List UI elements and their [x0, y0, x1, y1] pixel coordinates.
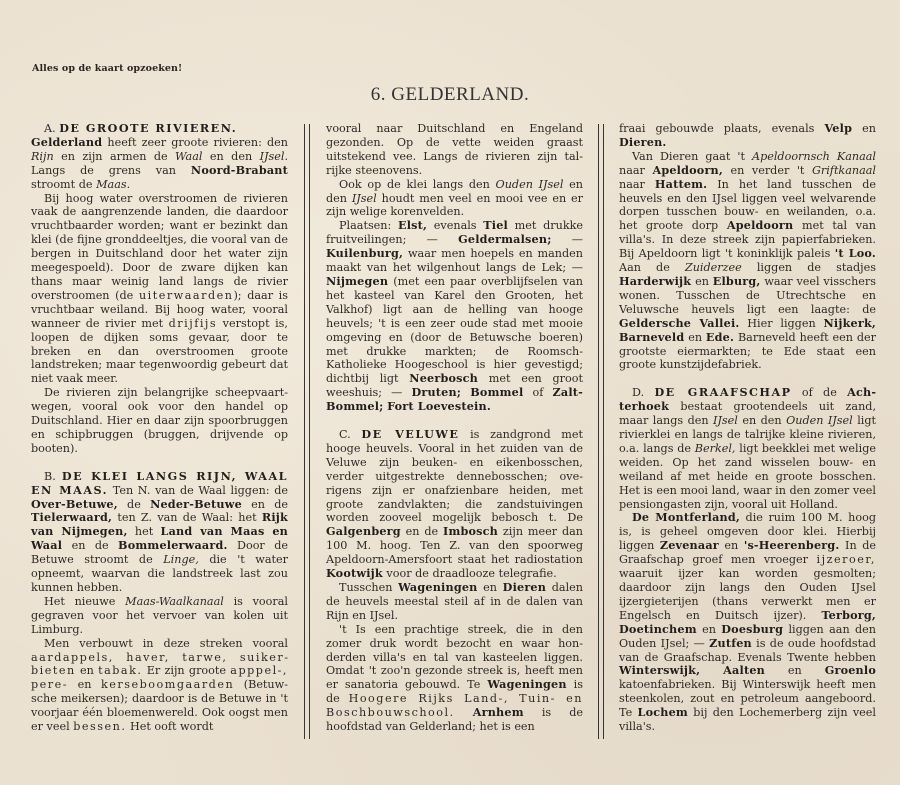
place-name: Tielerwaard,	[31, 510, 112, 524]
place-name: 't Loo.	[835, 246, 876, 260]
text-run: stroomt de	[31, 178, 96, 191]
italic-term: IJsel	[352, 192, 377, 205]
spaced-term: bessen.	[73, 720, 126, 733]
place-name: Apeldoorn,	[652, 163, 723, 177]
place-name: Imbosch	[443, 524, 498, 538]
place-name: Galgenberg	[326, 524, 401, 538]
place-name: Fort Loevestein.	[387, 399, 491, 413]
place-name: Over-Betuwe,	[31, 497, 118, 511]
section-heading: DE VELUWE	[361, 427, 459, 441]
chapter-title: 6. GELDERLAND.	[0, 84, 900, 106]
place-name: Neder-Betuwe	[150, 497, 242, 511]
italic-term: Grift­kanaal	[812, 164, 876, 177]
text-run: Tusschen	[339, 581, 398, 594]
column-divider	[598, 124, 604, 739]
text-run: de	[118, 498, 150, 511]
text-run: het	[128, 525, 161, 538]
section-c-paragraph: C. DE VELUWE is zandgrond met hooge heuv…	[326, 428, 583, 581]
place-name: Doesburg	[721, 622, 783, 636]
italic-term: Maas-Waalkanaal	[125, 595, 224, 608]
text-column-2: vooral naar Duitschland en Engeland gezo…	[326, 122, 583, 734]
text-run: Het nieuwe	[44, 595, 125, 608]
italic-term: Maas.	[96, 178, 130, 191]
text-run: Er zijn groote	[142, 664, 230, 677]
text-run: Men verbouwt in deze streken vooral	[44, 637, 288, 650]
place-name: Geldersche Vallei.	[619, 316, 740, 330]
section-b-paragraph: B. DE KLEI LANGS RIJN, WAAL EN MAAS. Ten…	[31, 470, 288, 595]
place-name: De Montferland,	[632, 510, 740, 524]
place-name: Gelderland	[31, 135, 102, 149]
place-name: Harderwijk	[619, 274, 691, 288]
place-name: Noord-Brabant	[191, 163, 288, 177]
paragraph-text: is zandgrond met hooge heuvels. Vooral i…	[326, 428, 583, 580]
section-heading: DE GRAAFSCHAP	[654, 385, 791, 399]
text-run: en	[684, 331, 706, 344]
place-name: Neerbosch	[409, 371, 478, 385]
place-name: Arnhem	[473, 705, 524, 719]
paragraph-text: Ten N. van de Waal liggen: de Over-Betuw…	[31, 484, 288, 594]
text-run: Bij hoog water overstroomen de rivieren …	[31, 192, 288, 302]
text-run: is zandgrond met hooge heuvels. Vooral i…	[326, 428, 583, 524]
text-run: en	[852, 122, 876, 135]
place-name: Nijkerk,	[823, 316, 876, 330]
text-run: —	[552, 233, 583, 246]
text-run: vooral naar Duitschland en Engeland gezo…	[326, 122, 583, 177]
place-name: Aal­ten	[723, 663, 765, 677]
place-name: Kootwijk	[326, 566, 383, 580]
italic-term: IJsel.	[260, 150, 288, 163]
place-name: 's-Heeren­berg.	[744, 538, 840, 552]
paragraph: Gelderland heeft zeer groote rivieren: d…	[31, 136, 288, 192]
italic-term: Ouden IJsel	[496, 178, 564, 191]
paragraph: Men verbouwt in deze streken vooral aard…	[31, 637, 288, 734]
text-run: en verder 't	[723, 164, 812, 177]
italic-term: Rijn	[31, 150, 54, 163]
italic-term: Linge,	[163, 553, 199, 566]
spaced-term: uiter­waarden	[139, 289, 234, 302]
section-heading: DE GROOTE RIVIEREN.	[59, 121, 237, 135]
text-run: en zijn armen de	[54, 150, 175, 163]
italic-term: Zuider­zee	[685, 261, 742, 274]
place-name: Hattem.	[655, 177, 707, 191]
spaced-term: ijzeroer,	[817, 553, 876, 566]
text-run: ten Z. van de Waal: het	[112, 511, 262, 524]
text-run: en den	[202, 150, 259, 163]
text-run: en de	[401, 525, 443, 538]
paragraph: De rivieren zijn belangrijke scheepvaart…	[31, 386, 288, 456]
paragraph: Tusschen Wageningen en Dieren dalen de h…	[326, 581, 583, 623]
text-run: liggen de stadjes	[742, 261, 876, 274]
place-name: Zevenaar	[660, 538, 719, 552]
place-name: Elst,	[398, 218, 427, 232]
text-run: Ook op de klei langs den	[339, 178, 496, 191]
text-run: en	[76, 664, 98, 677]
place-name: Nijmegen	[326, 274, 388, 288]
text-run: of	[523, 386, 552, 399]
text-run: Hier liggen	[740, 317, 824, 330]
place-name: Groenlo	[825, 663, 876, 677]
text-run: en den	[738, 414, 786, 427]
text-run: (met een paar overblijfselen van het kas…	[326, 275, 583, 385]
italic-term: Apeldoornsch Kanaal	[752, 150, 876, 163]
book-page: Alles op de kaart opzoeken! 6. GELDERLAN…	[0, 0, 900, 785]
text-run: Ten N. van de Waal liggen: de	[108, 484, 288, 497]
text-run: of de	[792, 386, 848, 399]
place-name: Bommel	[470, 385, 523, 399]
place-name: Kuilenburg,	[326, 246, 403, 260]
place-name: Lochem	[638, 705, 688, 719]
place-name: Zutfen	[709, 636, 752, 650]
place-name: Terborg,	[821, 608, 876, 622]
text-run: Van Dieren gaat 't	[632, 150, 752, 163]
place-name: Barne­veld	[619, 330, 684, 344]
text-run: en de	[242, 498, 288, 511]
spaced-term: drijfijs	[169, 317, 218, 330]
italic-term: Waal	[175, 150, 202, 163]
text-run: en	[719, 539, 744, 552]
paragraph: Bij hoog water overstroomen de rivieren …	[31, 192, 288, 387]
paragraph: fraai gebouwde plaats, evenals Velp en D…	[619, 122, 876, 150]
text-run: en	[765, 664, 825, 677]
text-column-3: fraai gebouwde plaats, evenals Velp en D…	[619, 122, 876, 734]
place-name: Winterswijk,	[619, 663, 700, 677]
section-a-heading-paragraph: A. DE GROOTE RIVIEREN.	[31, 122, 288, 136]
place-name: Ede.	[706, 330, 734, 344]
section-letter: C.	[339, 428, 351, 441]
text-run: voor de draadlooze telegrafie.	[383, 567, 557, 580]
text-run	[700, 664, 723, 677]
text-run: en	[478, 581, 503, 594]
italic-term: Ouden IJsel	[786, 414, 853, 427]
place-name: Dieren.	[619, 135, 667, 149]
section-d-paragraph: D. DE GRAAFSCHAP of de Ach­terhoek besta…	[619, 386, 876, 511]
text-run: naar	[619, 178, 655, 191]
place-name: Doetinchem	[619, 622, 697, 636]
place-name: Dieren	[503, 580, 546, 594]
place-name: Druten;	[411, 385, 461, 399]
page-tagline: Alles op de kaart opzoeken!	[32, 63, 182, 74]
place-name: Wageningen	[398, 580, 477, 594]
spaced-term: kerseboomgaarden	[101, 678, 234, 691]
text-run: en	[697, 623, 722, 636]
spaced-term: tabak.	[98, 664, 142, 677]
column-divider	[304, 124, 310, 739]
place-name: Bommelerwaard.	[118, 538, 228, 552]
text-column-1: A. DE GROOTE RIVIEREN. Gelderland heeft …	[31, 122, 288, 734]
place-name: Tiel	[483, 218, 508, 232]
section-letter: B.	[44, 470, 56, 483]
paragraph: Ook op de klei langs den Ouden IJsel en …	[326, 178, 583, 220]
text-run: Aan de	[619, 261, 685, 274]
section-letter: A.	[44, 122, 56, 135]
text-run: en	[68, 678, 101, 691]
place-name: Apeldoorn	[727, 218, 793, 232]
text-run	[455, 706, 473, 719]
text-run: heeft zeer groote rivieren: den	[102, 136, 288, 149]
place-name: Wage­ningen	[487, 677, 566, 691]
section-letter: D.	[632, 386, 644, 399]
text-run: De rivieren zijn belangrijke scheepvaart…	[31, 386, 288, 455]
paragraph: 't Is een prachtige streek, die in den z…	[326, 623, 583, 734]
text-run: evenals	[427, 219, 483, 232]
text-run: Het ooft wordt	[126, 720, 213, 733]
paragraph: vooral naar Duitschland en Engeland gezo…	[326, 122, 583, 178]
text-run: naar	[619, 164, 652, 177]
text-run	[461, 386, 470, 399]
place-name: Elburg,	[713, 274, 761, 288]
text-run: en de	[62, 539, 118, 552]
text-run: Plaatsen:	[339, 219, 398, 232]
text-run: en	[691, 275, 713, 288]
place-name: Geldermalsen;	[458, 232, 551, 246]
paragraph: Plaatsen: Elst, evenals Tiel met drukke …	[326, 219, 583, 414]
text-run: Langs de grens van	[31, 164, 191, 177]
paragraph-text: of de Ach­terhoek bestaat grootendeels u…	[619, 386, 876, 510]
paragraph: Van Dieren gaat 't Apeldoornsch Kanaal n…	[619, 150, 876, 373]
italic-term: Berkel,	[695, 442, 736, 455]
text-run: fraai gebouwde plaats, evenals	[619, 122, 824, 135]
paragraph: De Montferland, die ruim 100 M. hoog is,…	[619, 511, 876, 734]
place-name: Velp	[824, 121, 852, 135]
italic-term: IJsel	[713, 414, 738, 427]
paragraph: Het nieuwe Maas-Waalkanaal is vooral geg…	[31, 595, 288, 637]
